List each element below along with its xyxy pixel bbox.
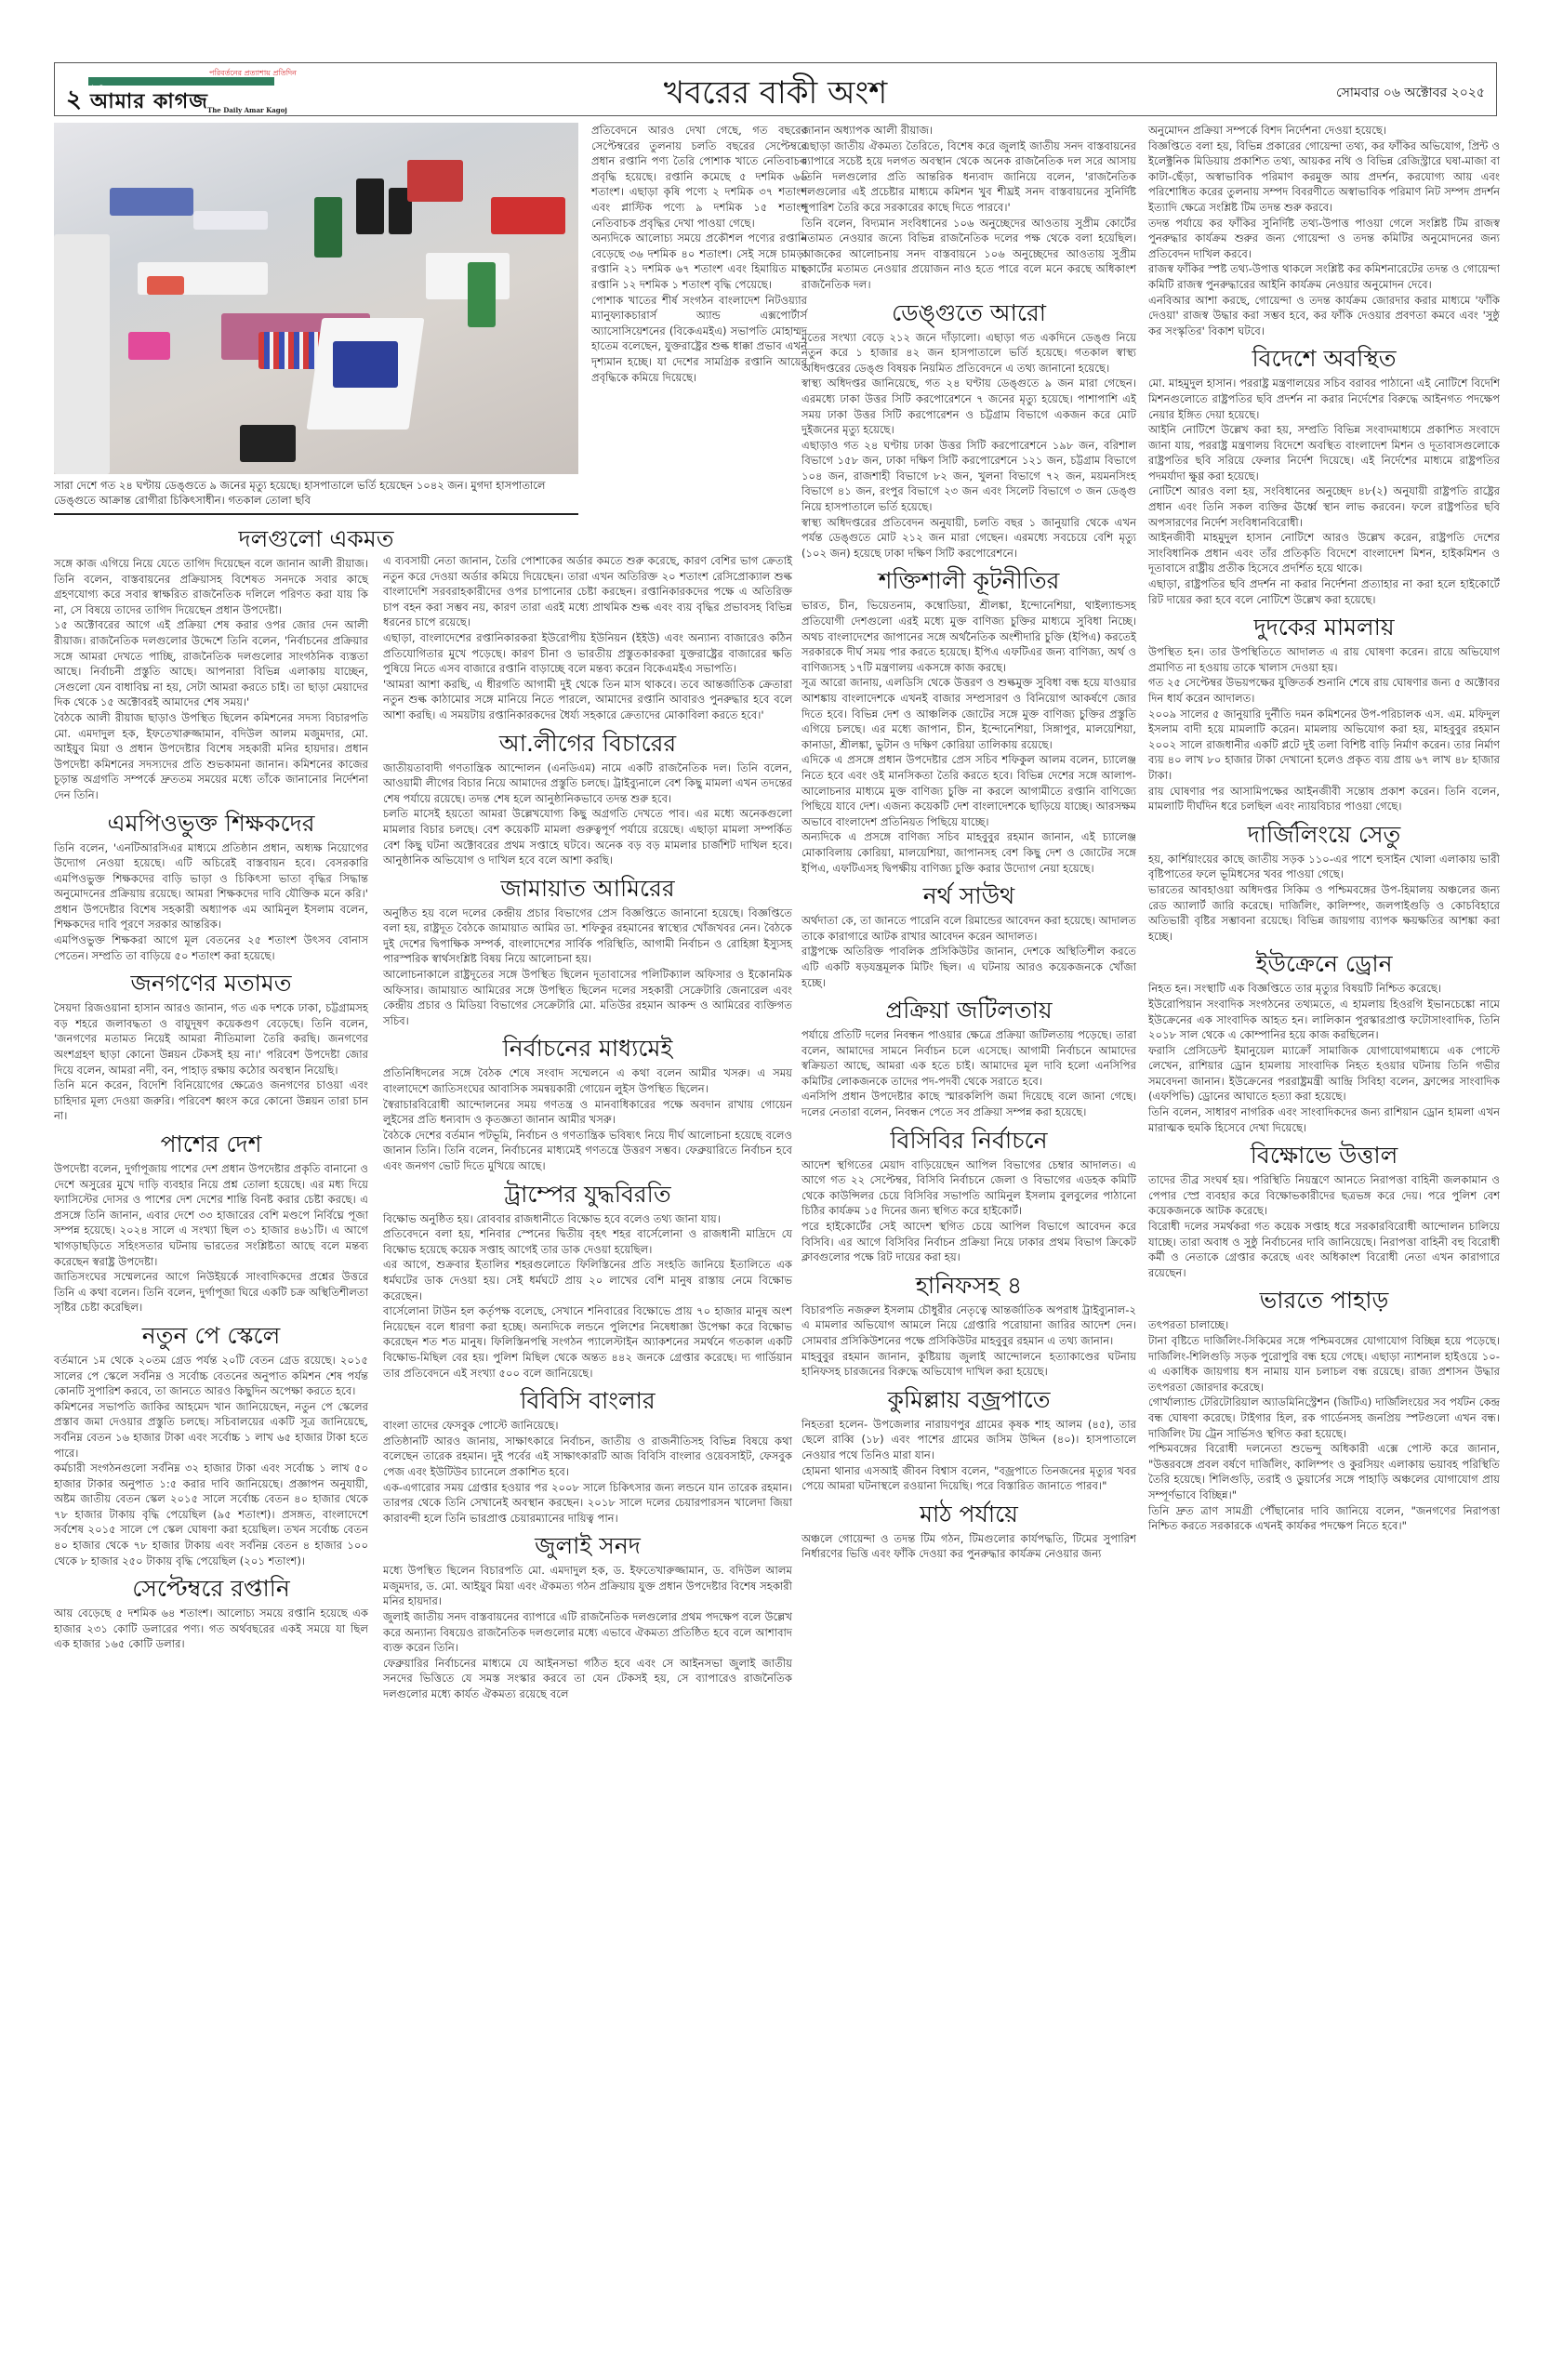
article-text: প্রতিবেদনে বলা হয়, শনিবার স্পেনের দ্বিত… <box>383 1226 792 1257</box>
article-text: উপস্থিত হন। তার উপস্থিতিতে আদালত এ রায় … <box>1148 644 1500 675</box>
headline-trump-ceasefire: ট্রাম্পের যুদ্ধবিরতি <box>383 1180 792 1210</box>
headline-neighbouring-country: পাশের দেশ <box>54 1130 368 1159</box>
article-text: এর আগে, শুক্রবার ইতালির শহরগুলোতে ফিলিস্… <box>383 1257 792 1303</box>
article-text: অনুষ্ঠিত হয় বলে দলের কেন্দ্রীয় প্রচার … <box>383 906 792 967</box>
article-text: হয়, কার্শিয়াংয়ের কাছে জাতীয় সড়ক ১১০… <box>1148 852 1500 882</box>
article-text: সূত্র আরো জানায়, এলডিসি থেকে উত্তরণ ও শ… <box>801 675 1136 752</box>
headline-strong-diplomacy: শক্তিশালী কূটনীতির <box>801 566 1136 596</box>
article-text: তিনি বলেন, সাধারণ নাগরিক এবং সাংবাদিকদের… <box>1148 1104 1500 1135</box>
column-b: এ ব্যবসায়ী নেতা জানান, তৈরি পোশাকের অর্… <box>383 553 792 1702</box>
article-text: তৎপরতা চালাচ্ছে। <box>1148 1317 1500 1333</box>
article-text: কর্মচারী সংগঠনগুলো সর্বনিম্ন ৩২ হাজার টা… <box>54 1461 368 1568</box>
article-text: এছাড়া, বাংলাদেশের রপ্তানিকারকরা ইউরোপীয… <box>383 630 792 677</box>
column-d: অনুমোদন প্রক্রিয়া সম্পর্কে বিশদ নির্দেশ… <box>1148 123 1500 1534</box>
headline-september-exports: সেপ্টেম্বরে রপ্তানি <box>54 1574 368 1604</box>
article-text: আইনি নোটিশে উল্লেখ করা হয়, সম্প্রতি বিভ… <box>1148 422 1500 483</box>
headline-new-pay-scale: নতুন পে স্কেলে <box>54 1321 368 1351</box>
headline-north-south: নর্থ সাউথ <box>801 881 1136 911</box>
article-text: এছাড়াও গত ২৪ ঘণ্টায় ঢাকা উত্তর সিটি কর… <box>801 438 1136 515</box>
article-text: পর্যায়ে প্রতিটি দলের নিবন্ধন পাওয়ার ক্… <box>801 1027 1136 1089</box>
headline-process-complexity: প্রক্রিয়া জটিলতায় <box>801 996 1136 1025</box>
article-text: অঞ্চলে গোয়েন্দা ও তদন্ত টিম গঠন, টিমগুল… <box>801 1531 1136 1562</box>
article-text: ভারত, চীন, ভিয়েতনাম, কম্বোডিয়া, শ্রীলঙ… <box>801 598 1136 675</box>
article-text: বিজ্ঞপ্তিতে বলা হয়, বিভিন্ন প্রকারের গো… <box>1148 139 1500 216</box>
caption-divider <box>54 513 578 515</box>
headline-abroad-located: বিদেশে অবস্থিত <box>1148 344 1500 374</box>
article-text: বর্তমানে ১ম থেকে ২০তম গ্রেড পর্যন্ত ২০টি… <box>54 1353 368 1399</box>
article-text: এনসিপি প্রধান উপদেষ্টার কাছে স্মারকলিপি … <box>801 1089 1136 1119</box>
column-b-top: প্রতিবেদনে আরও দেখা গেছে, গত বছরের সেপ্ট… <box>591 123 807 385</box>
article-text: রায় ঘোষণার পর আসামিপক্ষের আইনজীবী সন্তো… <box>1148 784 1500 814</box>
article-text: পরে হাইকোর্টের সেই আদেশ স্থগিত চেয়ে আপি… <box>801 1219 1136 1265</box>
column-a: দলগুলো একমত সঙ্গে কাজ এগিয়ে নিয়ে যেতে … <box>54 519 368 1652</box>
headline-awami-league-trial: আ.লীগের বিচারের <box>383 729 792 759</box>
article-text: আদেশ স্থগিতের মেয়াদ বাড়িয়েছেন আপিল বি… <box>801 1157 1136 1219</box>
article-text: ফরাসি প্রেসিডেন্ট ইমানুয়েল ম্যাক্রোঁ সা… <box>1148 1043 1500 1104</box>
article-text: এ ব্যবসায়ী নেতা জানান, তৈরি পোশাকের অর্… <box>383 553 792 630</box>
article-text: বৈঠকে দেশের বর্তমান পটভূমি, নির্বাচন ও গ… <box>383 1128 792 1174</box>
publication-date: সোমবার ০৬ অক্টোবর ২০২৫ <box>1336 82 1485 104</box>
article-text: বার্সেলোনা টাউন হল কর্তৃপক্ষ বলেছে, সেখা… <box>383 1303 792 1381</box>
article-text: জানান অধ্যাপক আলী রীয়াজ। <box>801 123 1136 139</box>
article-text: বিচারপতি নজরুল ইসলাম চৌধুরীর নেতৃত্বে আন… <box>801 1302 1136 1349</box>
article-text: ফেব্রুয়ারির নির্বাচনের মাধ্যমে যে আইনসভ… <box>383 1656 792 1702</box>
article-text: ভারতের আবহাওয়া অধিদপ্তর সিকিম ও পশ্চিমব… <box>1148 882 1500 944</box>
article-text: এমপিওভুক্ত শিক্ষকরা আগে মূল বেতনের ২৫ শত… <box>54 932 368 963</box>
article-text: হোমনা থানার এসআই জীবন বিশ্বাস বলেন, "বজ্… <box>801 1463 1136 1494</box>
article-text: গত ২৫ সেপ্টেম্বর উভয়পক্ষের যুক্তিতর্ক শ… <box>1148 675 1500 706</box>
article-text: তিনি মনে করেন, বিদেশি বিনিয়োগের ক্ষেত্র… <box>54 1078 368 1124</box>
article-text: প্রতিবেদনে আরও দেখা গেছে, গত বছরের সেপ্ট… <box>591 123 807 231</box>
article-text: জুলাই জাতীয় সনদ বাস্তবায়নের ব্যাপারে এ… <box>383 1609 792 1656</box>
headline-bbc-bangla: বিবিসি বাংলার <box>383 1386 792 1416</box>
article-text: বিরোধী দলের সমর্থকরা গত কয়েক সপ্তাহ ধরে… <box>1148 1219 1500 1280</box>
article-text: জাতিসংঘের সম্মেলনের আগে নিউইয়র্কে সাংবা… <box>54 1269 368 1316</box>
headline-darjeeling-bridge: দার্জিলিংয়ে সেতু <box>1148 820 1500 850</box>
article-text: এছাড়া, রাষ্ট্রপতির ছবি প্রদর্শন না করার… <box>1148 576 1500 607</box>
article-text: স্বৈরাচারবিরোধী আন্দোলনের সময় গণতন্ত্র … <box>383 1097 792 1128</box>
section-title: খবরের বাকী অংশ <box>55 69 1496 122</box>
article-text: উপদেষ্টা বলেন, দুর্গাপূজায় পাশের দেশ প্… <box>54 1161 368 1269</box>
headline-through-election: নির্বাচনের মাধ্যমেই <box>383 1034 792 1064</box>
article-text: সৈয়দা রিজওয়ানা হাসান আরও জানান, গত এক … <box>54 1000 368 1078</box>
article-text: টানা বৃষ্টিতে দার্জিলিং-সিকিমের সঙ্গে পশ… <box>1148 1333 1500 1395</box>
article-text: ২০০৯ সালের ৫ জানুয়ারি দুর্নীতি দমন কমিশ… <box>1148 707 1500 784</box>
dengue-hospital-photo <box>54 123 578 474</box>
article-text: অন্যদিকে আলোচ্য সময়ে প্রকৌশল পণ্যের রপ্… <box>591 231 807 292</box>
article-text: এনবিআর আশা করছে, গোয়েন্দা ও তদন্ত কার্য… <box>1148 293 1500 339</box>
article-text: গোর্খাল্যান্ড টেরিটোরিয়াল অ্যাডমিনিস্ট্… <box>1148 1395 1500 1441</box>
article-text: সঙ্গে কাজ এগিয়ে নিয়ে যেতে তাগিদ দিয়েছ… <box>54 556 368 617</box>
article-text: রাজস্ব ফাঁকির স্পষ্ট তথ্য-উপাত্ত থাকলে স… <box>1148 261 1500 292</box>
article-text: রাষ্ট্রপক্ষে অতিরিক্ত পাবলিক প্রসিকিউটর … <box>801 944 1136 990</box>
article-text: অর্থদাতা কে, তা জানতে পারেনি বলে রিমান্ড… <box>801 913 1136 944</box>
headline-hanif-and-4: হানিফসহ ৪ <box>801 1271 1136 1301</box>
photo-caption: সারা দেশে গত ২৪ ঘণ্টায় ডেঙ্গুতে ৯ জনের … <box>54 478 578 508</box>
article-text: 'আমরা আশা করছি, এ ধীরগতি আগামী দুই থেকে … <box>383 677 792 723</box>
article-text: স্বাস্থ্য অধিদপ্তর জানিয়েছে, গত ২৪ ঘণ্ট… <box>801 376 1136 437</box>
article-text: মাহবুবুর রহমান জানান, কুষ্টিয়ায় জুলাই … <box>801 1349 1136 1380</box>
article-text: ইউরোপিয়ান সংবাদিক সংগঠনের তথ্যমতে, এ হা… <box>1148 997 1500 1043</box>
headline-india-hills: ভারতে পাহাড় <box>1148 1286 1500 1316</box>
article-text: মৃতের সংখ্যা বেড়ে ২১২ জনে দাঁড়ালো। এছা… <box>801 330 1136 377</box>
article-text: মো. মাহমুদুল হাসান। পররাষ্ট্র মন্ত্রণালয… <box>1148 376 1500 422</box>
article-text: চলতি মাসেই হয়তো আমরা উল্লেখযোগ্য কিছু অ… <box>383 806 792 867</box>
article-text: জাতীয়তাবাদী গণতান্ত্রিক আন্দোলন (এনডিএম… <box>383 760 792 807</box>
article-text: নোটিশে আরও বলা হয়, সংবিধানের অনুচ্ছেদ ৪… <box>1148 483 1500 530</box>
article-text: কমিশনের সভাপতি জাকির আহমেদ খান জানিয়েছে… <box>54 1399 368 1461</box>
article-text: পোশাক খাতের শীর্ষ সংগঠন বাংলাদেশ নিটওয়্… <box>591 293 807 386</box>
article-text: নিহত হন। সংস্থাটি এক বিজ্ঞপ্তিতে তার মৃত… <box>1148 981 1500 997</box>
article-text: পশ্চিমবঙ্গের বিরোধী দলনেতা শুভেন্দু অধিক… <box>1148 1441 1500 1502</box>
article-text: এছাড়া জাতীয় ঐকমত্য তৈরিতে, বিশেষ করে জ… <box>801 139 1136 216</box>
article-text: তিনি দ্রুত ত্রাণ সামগ্রী পৌঁছানোর দাবি জ… <box>1148 1503 1500 1534</box>
article-text: তাদের তীব্র সংঘর্ষ হয়। পরিস্থিতি নিয়ন্… <box>1148 1172 1500 1219</box>
article-text: বৈঠকে আলী রীয়াজ ছাড়াও উপস্থিত ছিলেন কম… <box>54 710 368 803</box>
headline-jamaat-amir: জামায়াত আমিরের <box>383 874 792 904</box>
article-text: আয় বেড়েছে ৫ দশমিক ৬৪ শতাংশ। আলোচ্য সময… <box>54 1606 368 1652</box>
headline-comilla-lightning: কুমিল্লায় বজ্রপাতে <box>801 1385 1136 1415</box>
article-text: তিনি বলেন, 'এনটিআরসিএর মাধ্যমে প্রতিষ্ঠা… <box>54 840 368 933</box>
headline-ukraine-drone: ইউক্রেনে ড্রোন <box>1148 949 1500 979</box>
article-text: স্বাস্থ্য অধিদপ্তরের প্রতিবেদন অনুযায়ী,… <box>801 515 1136 562</box>
headline-public-opinion: জনগণের মতামত <box>54 969 368 998</box>
headline-field-level: মাঠ পর্যায়ে <box>801 1500 1136 1529</box>
article-text: নিহতরা হলেন- উপজেলার নারায়ণপুর গ্রামের … <box>801 1417 1136 1463</box>
headline-protest-turmoil: বিক্ষোভে উত্তাল <box>1148 1141 1500 1170</box>
article-text: এক-এগারোর সময় গ্রেপ্তার হওয়ার পর ২০০৮ … <box>383 1480 792 1527</box>
article-text: মধ্যে উপস্থিত ছিলেন বিচারপতি মো. এমদাদুল… <box>383 1563 792 1609</box>
article-text: আলোচনাকালে রাষ্ট্রদূতের সঙ্গে উপস্থিত ছি… <box>383 967 792 1028</box>
headline-july-charter: জুলাই সনদ <box>383 1531 792 1561</box>
headline-dengue-more: ডেঙ্গুতে আরো <box>801 298 1136 328</box>
article-text: তদন্ত পর্যায়ে কর ফাঁকির সুনির্দিষ্ট তথ্… <box>1148 216 1500 262</box>
article-text: বিক্ষোভ অনুষ্ঠিত হয়। রোববার রাজধানীতে ব… <box>383 1211 792 1227</box>
masthead: ২ পরিবর্তনের প্রত্যাশায় প্রতিদিন দৈনিক … <box>54 62 1497 116</box>
article-text: আইনজীবী মাহমুদুল হাসান নোটিশে আরও উল্লেখ… <box>1148 530 1500 576</box>
article-text: অনুমোদন প্রক্রিয়া সম্পর্কে বিশদ নির্দেশ… <box>1148 123 1500 139</box>
article-text: প্রতিনিধিদলের সঙ্গে বৈঠক শেষে সংবাদ সম্ম… <box>383 1065 792 1096</box>
column-c: জানান অধ্যাপক আলী রীয়াজ। এছাড়া জাতীয় … <box>801 123 1136 1562</box>
headline-mpo-teachers: এমপিওভুক্ত শিক্ষকদের <box>54 809 368 839</box>
article-text: বাংলা তাদের ফেসবুক পোস্টে জানিয়েছে। <box>383 1418 792 1434</box>
headline-bcb-election: বিসিবির নির্বাচনে <box>801 1126 1136 1156</box>
article-text: তিনি বলেন, বিদ্যমান সংবিধানের ১০৬ অনুচ্ছ… <box>801 216 1136 293</box>
article-text: ১৫ অক্টোবরের আগে এই প্রক্রিয়া শেষ করার … <box>54 617 368 710</box>
article-text: অন্যদিকে এ প্রসঙ্গে বাণিজ্য সচিব মাহবুবু… <box>801 829 1136 876</box>
article-text: প্রতিষ্ঠানটি আরও জানায়, সাক্ষাৎকারে নির… <box>383 1434 792 1480</box>
headline-acc-case: দুদকের মামলায় <box>1148 613 1500 642</box>
article-text: এদিকে এ প্রসঙ্গে প্রধান উপদেষ্টার প্রেস … <box>801 752 1136 829</box>
headline-dolgulo-ekmot: দলগুলো একমত <box>54 524 578 554</box>
